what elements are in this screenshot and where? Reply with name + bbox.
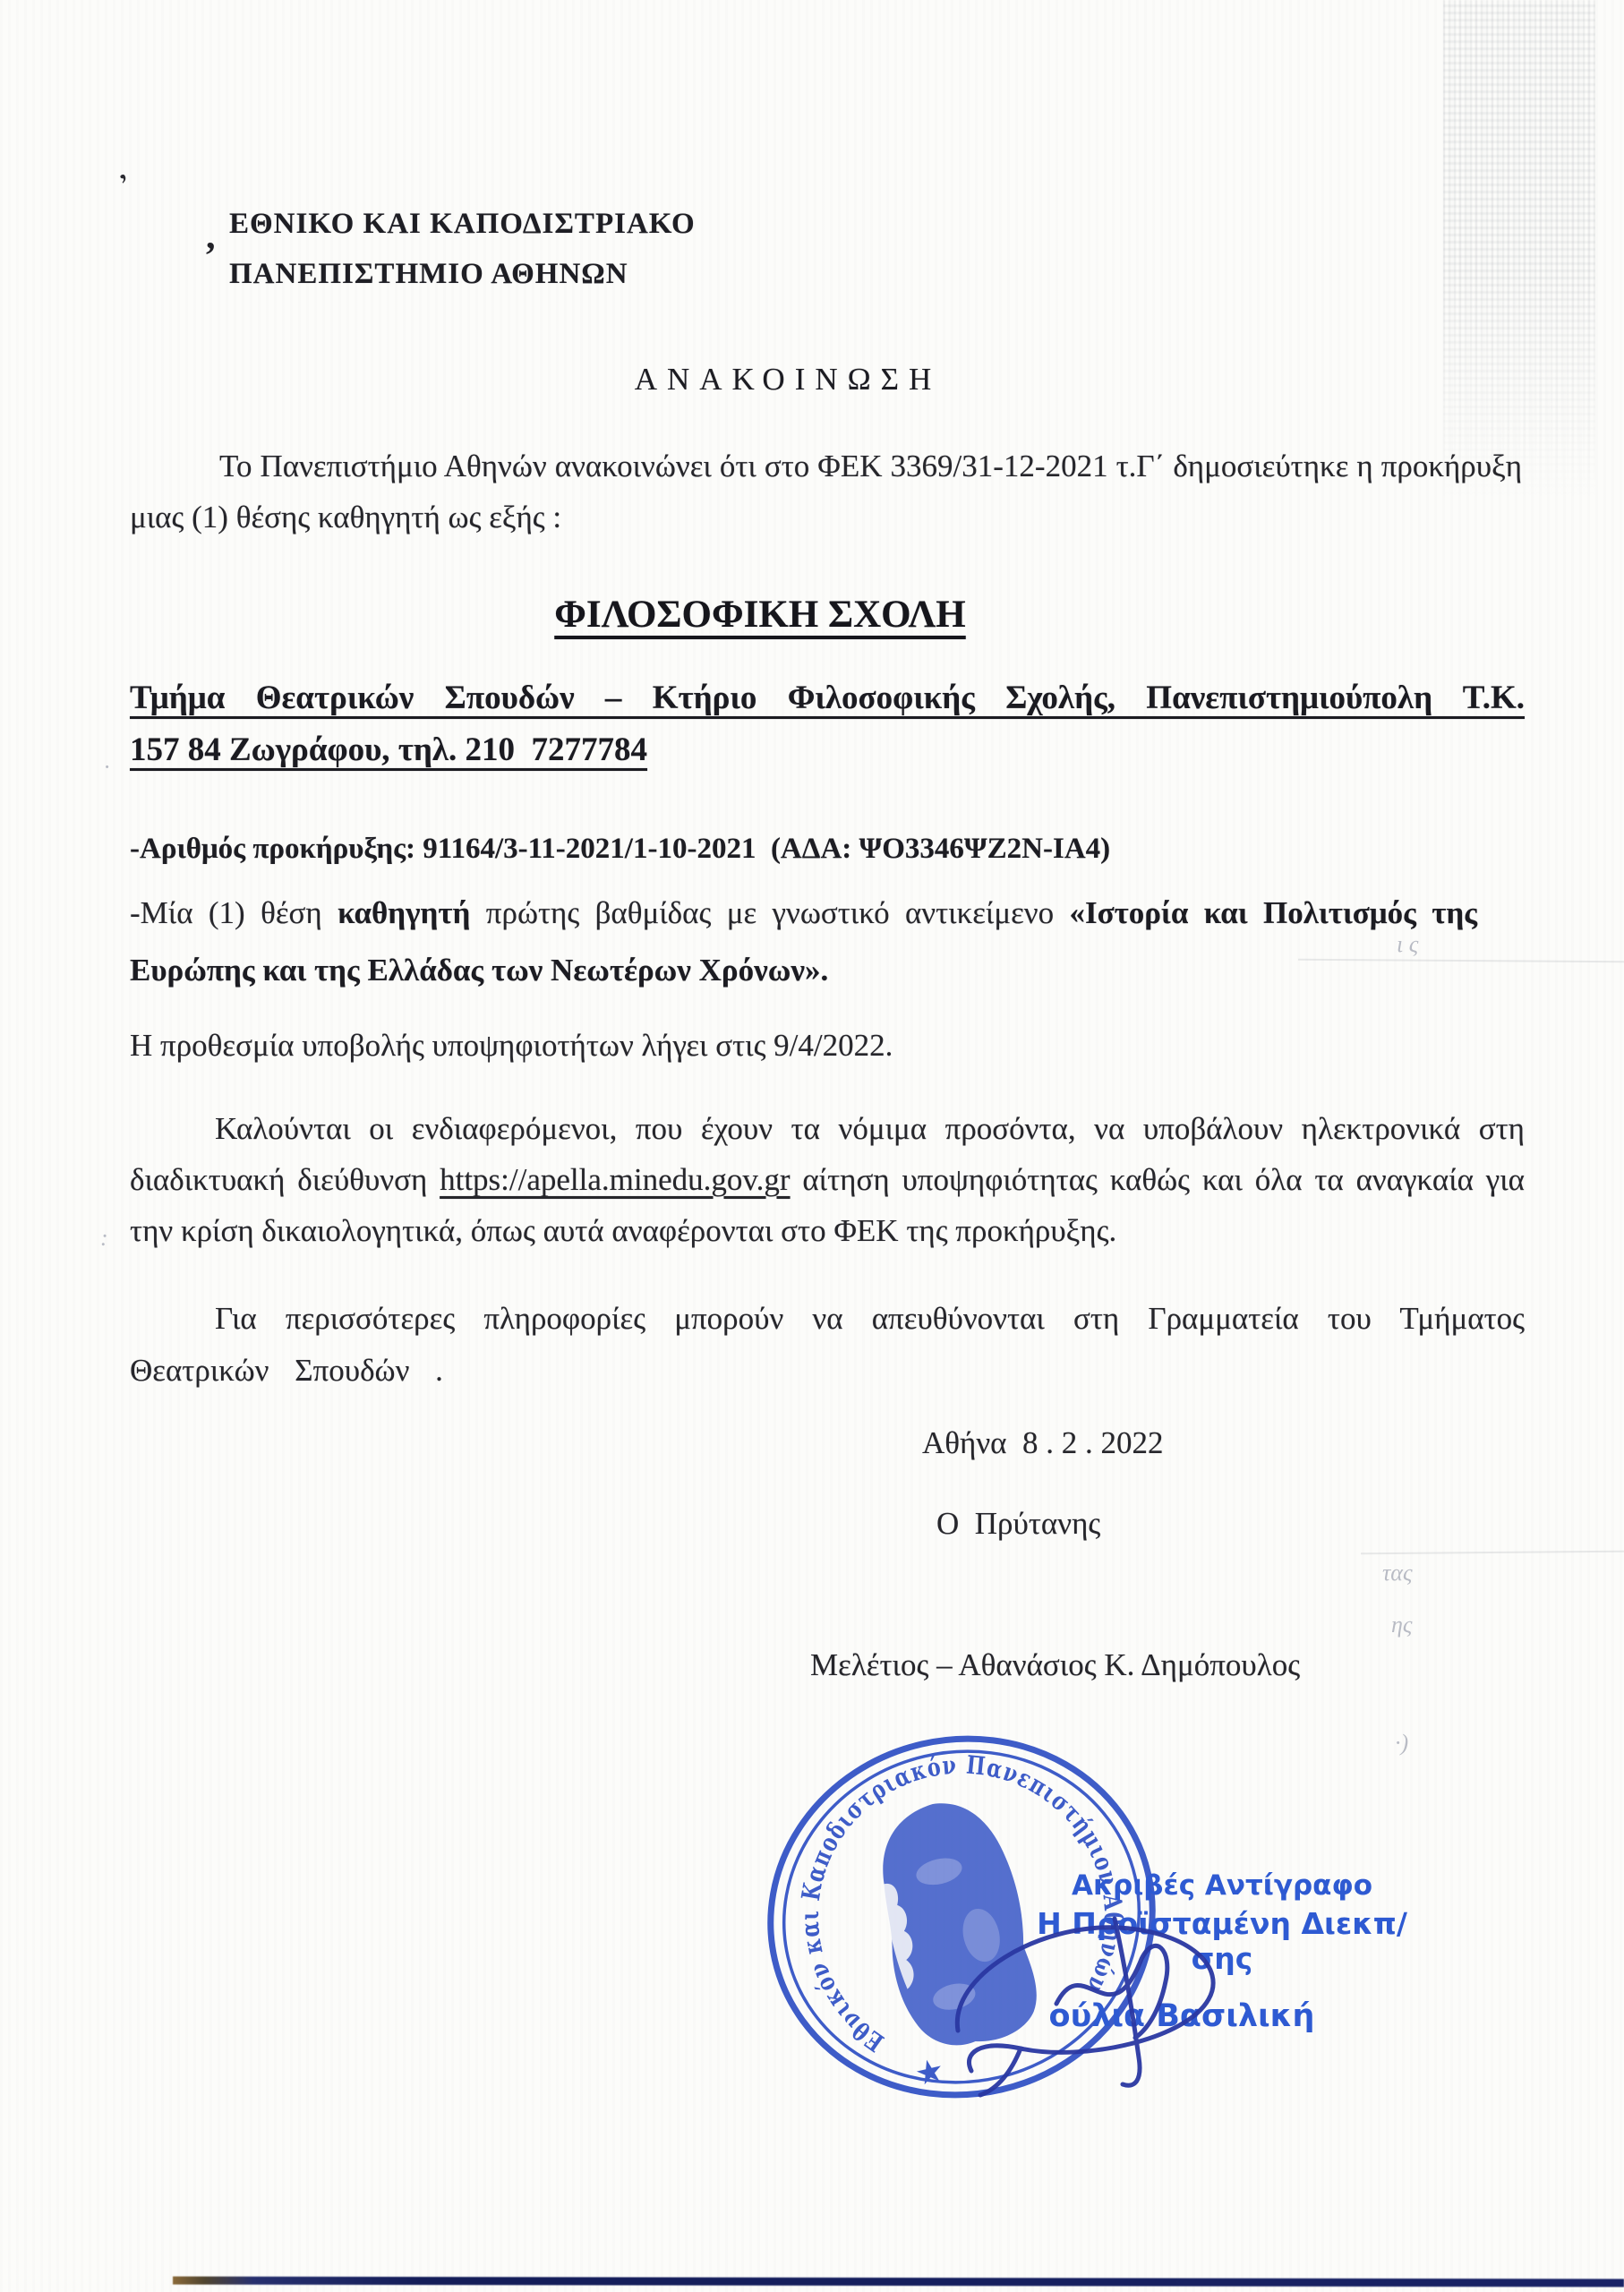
letterhead: ΕΘΝΙΚΟ ΚΑΙ ΚΑΠΟΔΙΣΤΡΙΑΚΟ ΠΑΝΕΠΙΣΤΗΜΙΟ ΑΘ…	[229, 199, 696, 299]
signature-scribble	[931, 1896, 1253, 2102]
signer-title: Ο Πρύτανης	[936, 1506, 1100, 1542]
school-heading: ΦΙΛΟΣΟΦΙΚΗ ΣΧΟΛΗ	[0, 593, 1520, 637]
school-heading-text: ΦΙΛΟΣΟΦΙΚΗ ΣΧΟΛΗ	[554, 594, 965, 636]
application-paragraph: Καλούνται οι ενδιαφερόμενοι, που έχουν τ…	[130, 1103, 1525, 1256]
intro-paragraph: Το Πανεπιστήμιο Αθηνών ανακοινώνει ότι σ…	[130, 440, 1522, 543]
date-line: Αθήνα 8 . 2 . 2022	[922, 1425, 1164, 1461]
deadline-text: Η προθεσμία υποβολής υποψηφιοτήτων λήγει…	[130, 1028, 893, 1064]
position-prefix: -Μία (1) θέση	[130, 895, 338, 930]
scan-artifact-text: ι ς	[1397, 931, 1418, 958]
scan-artifact-text: ·	[104, 754, 110, 781]
department-address-line2: 157 84 Ζωγράφου, τηλ. 210 7277784	[130, 731, 1525, 769]
paper-crease	[1361, 1551, 1624, 1555]
position-mid: πρώτης βαθμίδας με γνωστικό αντικείμενο	[470, 895, 1069, 930]
scan-artifact-text: ·)	[1395, 1730, 1408, 1757]
department-address-line1: Τμήμα Θεατρικών Σπουδών – Κτήριο Φιλοσοφ…	[130, 679, 1525, 717]
scan-artifact-text: :	[100, 1225, 108, 1252]
bottom-scan-line	[173, 2277, 1624, 2288]
scan-noise-band	[1443, 0, 1595, 501]
university-name-line1: ΕΘΝΙΚΟ ΚΑΙ ΚΑΠΟΔΙΣΤΡΙΑΚΟ	[229, 199, 696, 249]
ink-speck: ’	[115, 168, 138, 200]
scanned-announcement-page: ’ , ΕΘΝΙΚΟ ΚΑΙ ΚΑΠΟΔΙΣΤΡΙΑΚΟ ΠΑΝΕΠΙΣΤΗΜΙ…	[0, 0, 1624, 2292]
signer-name: Μελέτιος – Αθανάσιος Κ. Δημόπουλος	[810, 1647, 1300, 1683]
announcement-title: ΑΝΑΚΟΙΝΩΣΗ	[0, 362, 1576, 398]
scan-artifact-text: ης	[1391, 1612, 1412, 1638]
scan-artifact-text: τας	[1382, 1560, 1413, 1586]
vacancy-number-line: -Αριθμός προκήρυξης: 91164/3-11-2021/1-1…	[130, 833, 1110, 866]
apella-link[interactable]: https://apella.minedu.gov.gr	[440, 1162, 790, 1197]
position-rank: καθηγητή	[338, 895, 470, 930]
vacancy-position-line: -Μία (1) θέση καθηγητή πρώτης βαθμίδας μ…	[130, 885, 1477, 999]
ink-speck: ,	[206, 215, 216, 258]
university-name-line2: ΠΑΝΕΠΙΣΤΗΜΙΟ ΑΘΗΝΩΝ	[229, 249, 696, 299]
more-info-paragraph: Για περισσότερες πληροφορίες μπορούν να …	[130, 1293, 1525, 1397]
